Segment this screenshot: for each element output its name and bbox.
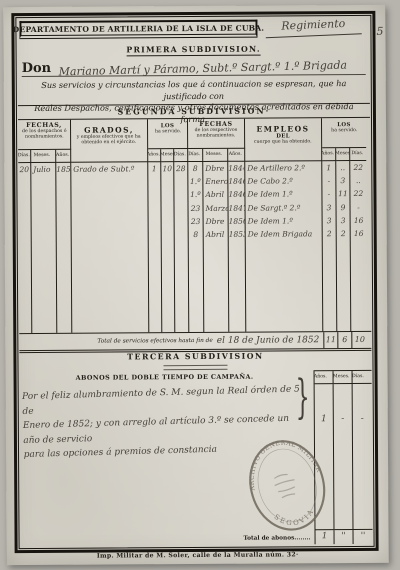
closing-brace: } — [296, 373, 310, 426]
col-empleos: De Artillero 2.º De Cabo 2.º De Idem 1.º… — [245, 161, 323, 331]
header-fechas-nombramientos: FECHAS de los respectivos nombramientos. — [188, 119, 245, 149]
header-empleos-sub: cuerpo que ha obtenido. — [245, 139, 321, 145]
col-mes-despacho: Julio — [31, 163, 57, 333]
col-ano-despacho: 1852 — [56, 163, 72, 333]
header-fechas-despachos-sub: de los despachos ó nombramientos. — [18, 129, 70, 140]
subheader-meses-s1: Meses. — [161, 149, 174, 162]
subheader-dias-s2: Días. — [350, 148, 366, 161]
table-header: FECHAS, de los despachos ó nombramientos… — [18, 118, 370, 163]
total-services-date-handwritten: el 18 de Junio de 1852 — [217, 335, 320, 346]
subheader-anos-1: Años. — [56, 150, 71, 163]
total-abonos-meses: '' — [335, 530, 354, 544]
form-frame: DEPARTAMENTO DE ARTILLERIA DE LA ISLA DE… — [11, 11, 378, 553]
total-abonos-dias: '' — [353, 530, 372, 544]
table-body: 20 Julio 1852 Grado de Subt.º 1 10 28 8 … — [18, 161, 371, 333]
col-servido2-dias: 22 .. 22 - 16 16 — [350, 161, 367, 331]
primera-subdivision-title-text: PRIMERA SUBDIVISION. — [126, 45, 260, 57]
don-label: Don — [22, 61, 51, 76]
department-title: DEPARTAMENTO DE ARTILLERIA DE LA ISLA DE… — [19, 20, 257, 39]
header-servido-2-sub: ha servido. — [322, 128, 366, 133]
subheader-meses-1: Meses. — [31, 150, 56, 163]
subheader-dias-s1: Días. — [174, 149, 188, 162]
subheader-meses-2: Meses. — [203, 149, 228, 162]
col-servido1-meses: 10 — [161, 162, 175, 332]
col-servido2-anos: 1 - - 3 3 2 — [322, 161, 337, 331]
tercera-subdivision-title: TERCERA SUBDIVISION — [19, 351, 371, 362]
imprint-footer: Imp. Militar de M. Soler, calle de la Mu… — [7, 551, 389, 560]
header-empleos-title: EMPLEOS — [245, 124, 321, 133]
name-handwritten: Mariano Martí y Páramo, Subt.º Sargt.º 1… — [59, 59, 348, 79]
header-servido-1: LOS ha servido. — [148, 119, 188, 149]
header-servido-1-sub: ha servido. — [148, 129, 187, 134]
total-services-dias: 10 — [351, 332, 367, 348]
abonos-col-meses: Meses. — [334, 371, 353, 383]
col-servido2-meses: .. 3 11 9 3 2 — [336, 161, 351, 331]
abonos-title: ABONOS DEL DOBLE TIEMPO DE CAMPAÑA. — [20, 372, 310, 382]
total-services-anos: 11 — [323, 332, 337, 348]
header-fechas-nombramientos-sub: de los respectivos nombramientos. — [188, 128, 244, 139]
abonos-col-dias: Días. — [353, 371, 372, 383]
subheader-anos-2: Años. — [228, 149, 245, 162]
name-line: Don Mariano Martí y Páramo, Subt.º Sargt… — [22, 57, 366, 77]
header-empleos: EMPLEOS DEL cuerpo que ha obtenido. — [245, 118, 322, 161]
header-fechas-despachos: FECHAS, de los despachos ó nombramientos… — [18, 120, 71, 150]
title-flourish — [163, 365, 227, 370]
total-services-label: Total de servicios efectivos hasta fin d… — [97, 338, 213, 345]
form-frame-inner: DEPARTAMENTO DE ARTILLERIA DE LA ISLA DE… — [15, 15, 374, 549]
col-servido1-dias: 28 — [174, 162, 189, 332]
header-servido-2: LOS ha servido. — [322, 118, 366, 148]
abono-dias-value: - — [353, 384, 373, 529]
subheader-meses-s2: Meses. — [336, 148, 350, 161]
header-grados: GRADOS, y empleos efectivos que ha obten… — [71, 119, 148, 162]
total-services-meses: 6 — [337, 332, 351, 348]
primera-subdivision-title: PRIMERA SUBDIVISION. — [18, 44, 370, 55]
scanned-document-sheet: 5 DEPARTAMENTO DE ARTILLERIA DE LA ISLA … — [3, 5, 388, 565]
total-abonos-values: 1 '' '' — [315, 529, 372, 544]
header-grados-sub: y empleos efectivos que ha obtenido en e… — [71, 134, 147, 145]
col-ano-nombramiento: 1844 1846 1846 1847 1850 1853 — [228, 162, 246, 332]
subheader-anos-s2: Años. — [322, 148, 336, 161]
subheader-anos-s1: Años. — [148, 149, 161, 162]
intro-line-1: Sus servicios y circunstancias los que á… — [22, 78, 366, 103]
total-abonos-anos: 1 — [316, 530, 335, 544]
col-grados: Grado de Subt.º — [71, 162, 149, 332]
col-dia-despacho: 20 — [18, 163, 32, 333]
subheader-dias-1: Días. — [18, 150, 31, 163]
segunda-subdivision-table: SEGUNDA SUBDIVISION· FECHAS, de los desp… — [18, 103, 372, 353]
col-servido1-anos: 1 — [148, 162, 162, 332]
total-services-row: Total de servicios efectivos hasta fin d… — [19, 331, 371, 353]
page-number: 5 — [376, 25, 383, 38]
regiment-note-handwritten: Regimiento — [265, 16, 362, 38]
subheader-dias-2: Días. — [188, 149, 203, 162]
abonos-col-anos: Años. — [315, 371, 334, 383]
abonos-section: ABONOS DEL DOBLE TIEMPO DE CAMPAÑA. Por … — [20, 370, 373, 546]
col-dia-nombramiento: 8 1.º 1.º 23 23 8 — [188, 162, 204, 332]
col-mes-nombramiento: Dbre Enero Abril Marzo Dbre Abril — [203, 162, 229, 332]
